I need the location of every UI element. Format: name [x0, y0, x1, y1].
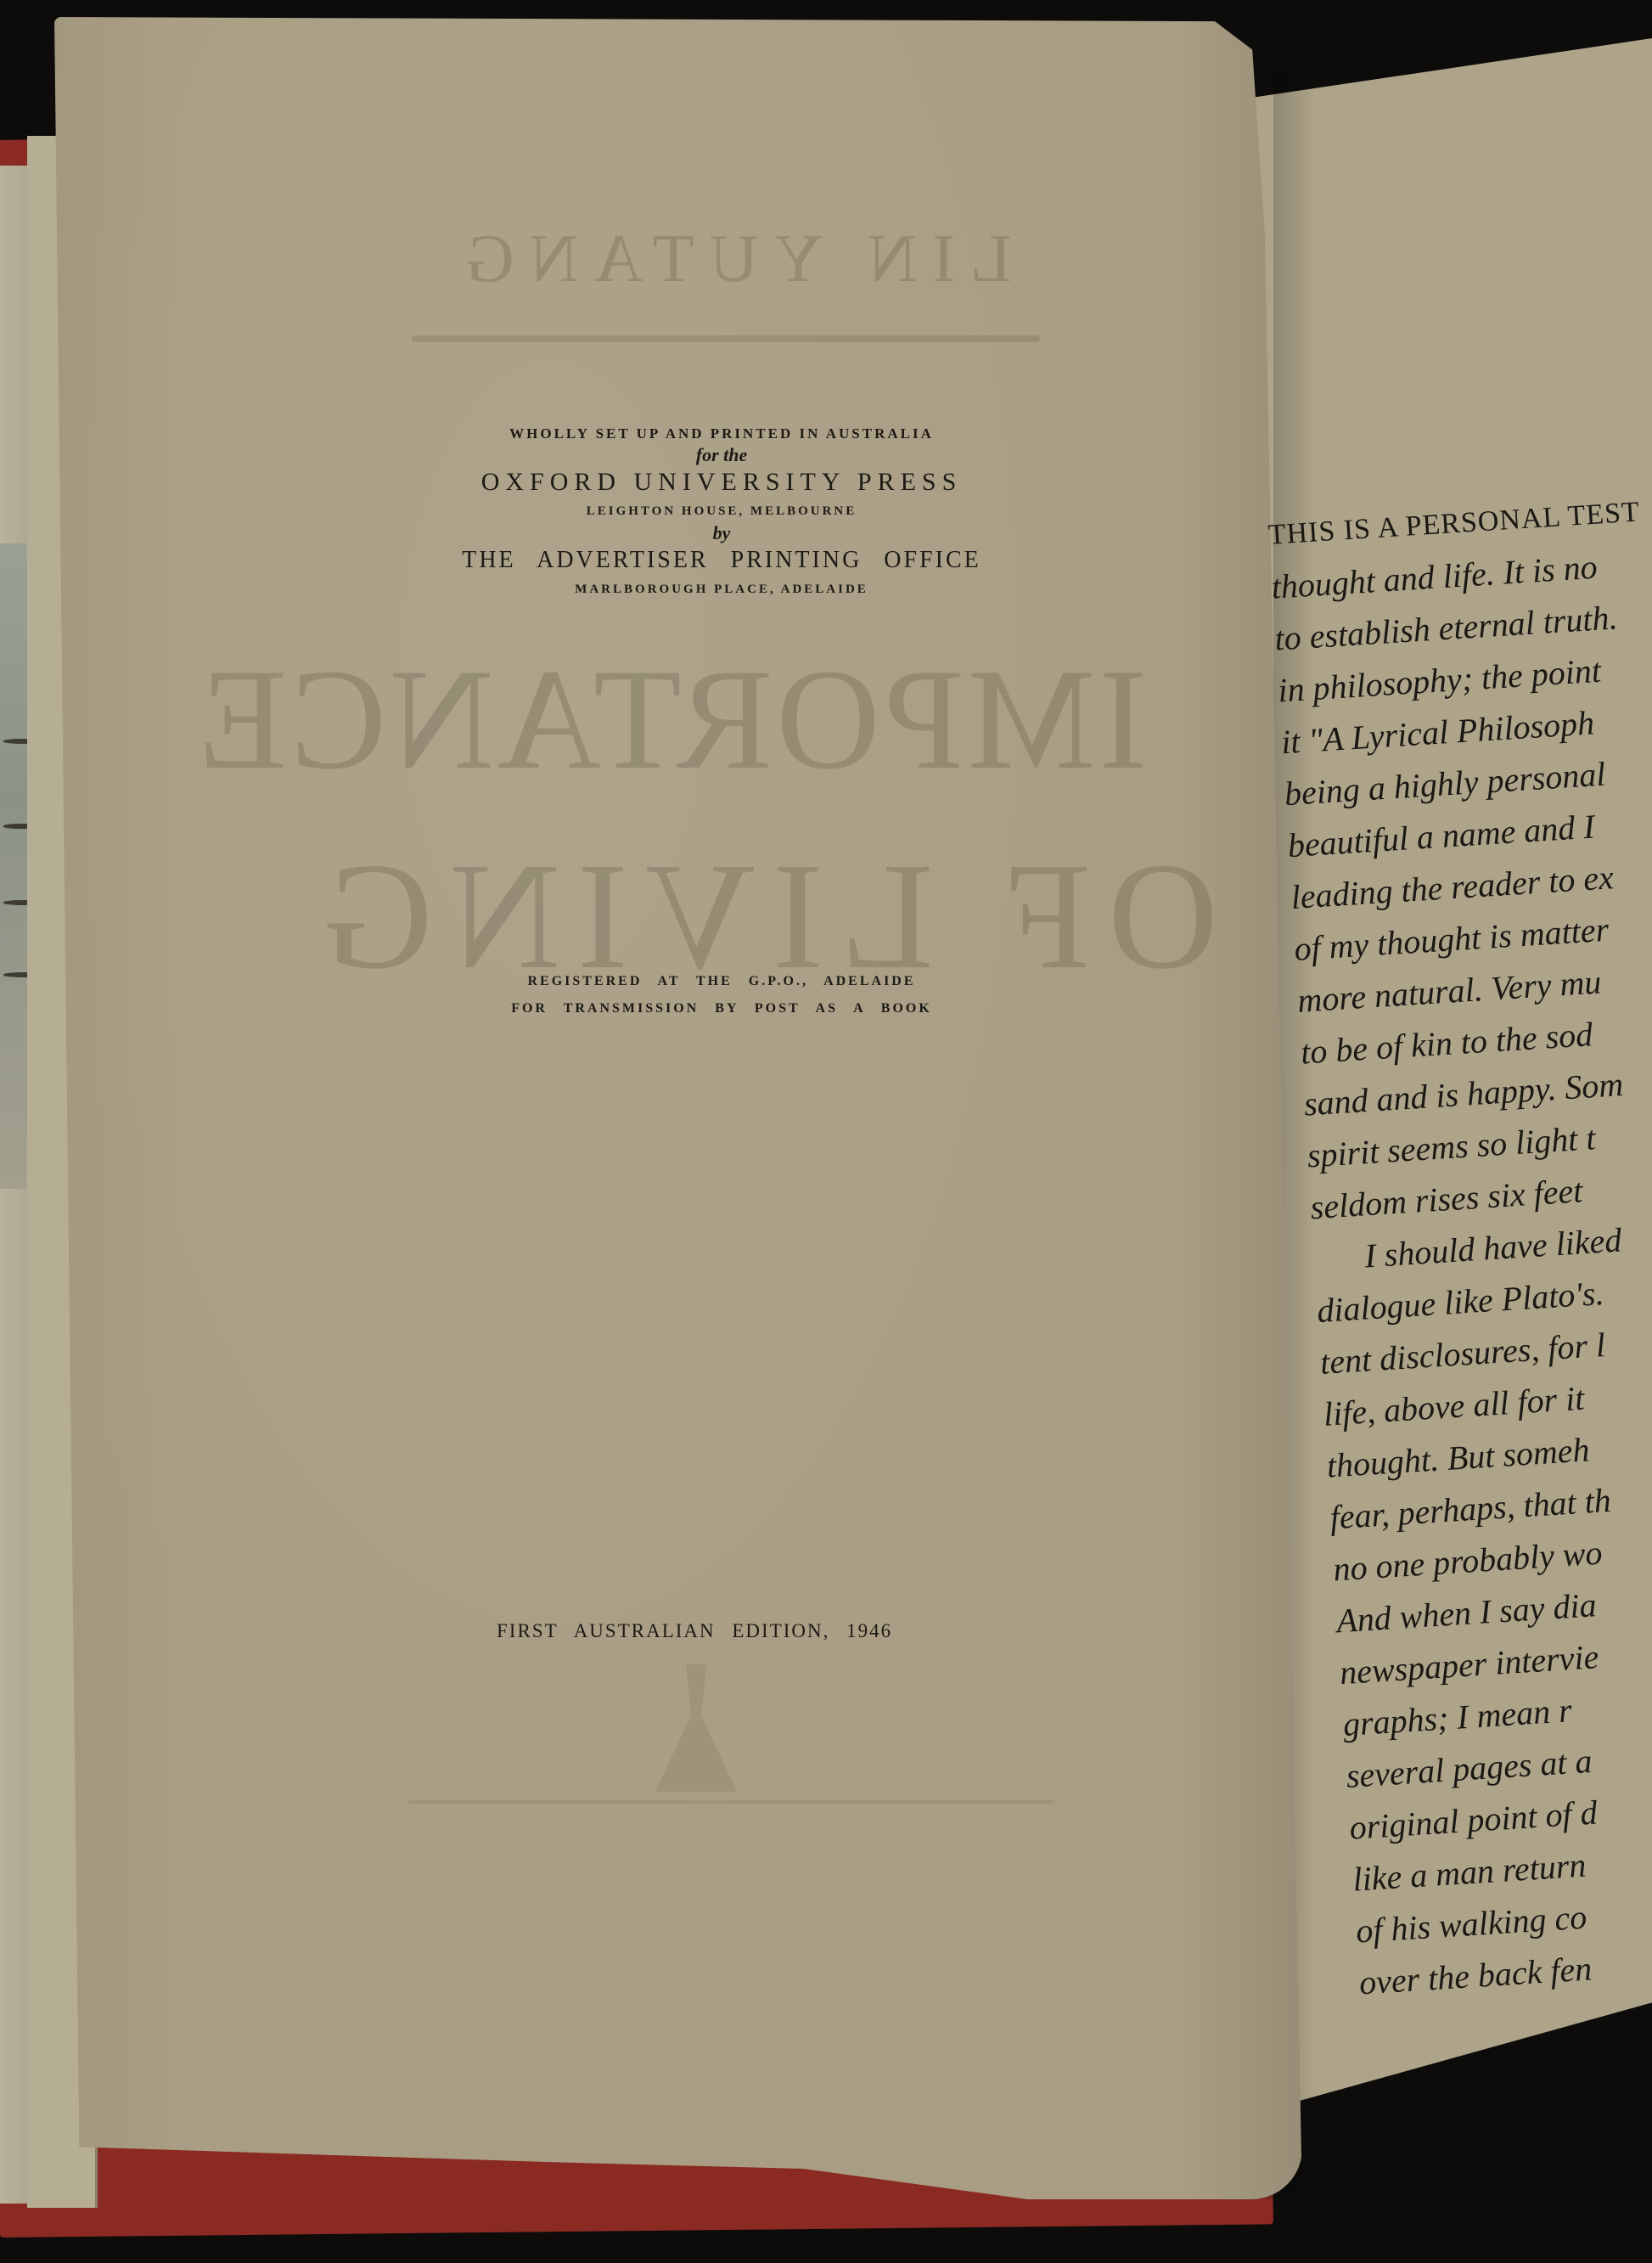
imprint-printed-in: WHOLLY SET UP AND PRINTED IN AUSTRALIA	[441, 423, 1002, 445]
imprint-printer: THE ADVERTISER PRINTING OFFICE	[441, 543, 1002, 577]
imprint-printer-address: MARLBOROUGH PLACE, ADELAIDE	[441, 577, 1002, 601]
show-through-rule-bottom	[407, 1800, 1053, 1804]
show-through-rule	[412, 335, 1040, 342]
registration-line-2: FOR TRANSMISSION BY POST AS A BOOK	[492, 995, 951, 1022]
imprint-publisher-address: LEIGHTON HOUSE, MELBOURNE	[441, 499, 1002, 523]
imprint-for-the: for the	[441, 445, 1002, 465]
imprint-publisher: OXFORD UNIVERSITY PRESS	[441, 465, 1002, 499]
edition-notice: FIRST AUSTRALIAN EDITION, 1946	[497, 1620, 955, 1642]
registration-notice: REGISTERED AT THE G.P.O., ADELAIDE FOR T…	[492, 968, 951, 1022]
imprint-by: by	[441, 523, 1002, 543]
show-through-title-line-1: IMPORTANCE	[195, 637, 1147, 802]
left-page	[54, 17, 1302, 2199]
show-through-author: LIN YUTANG	[450, 221, 1012, 298]
imprint-block: WHOLLY SET UP AND PRINTED IN AUSTRALIA f…	[441, 423, 1002, 601]
registration-line-1: REGISTERED AT THE G.P.O., ADELAIDE	[492, 968, 951, 995]
